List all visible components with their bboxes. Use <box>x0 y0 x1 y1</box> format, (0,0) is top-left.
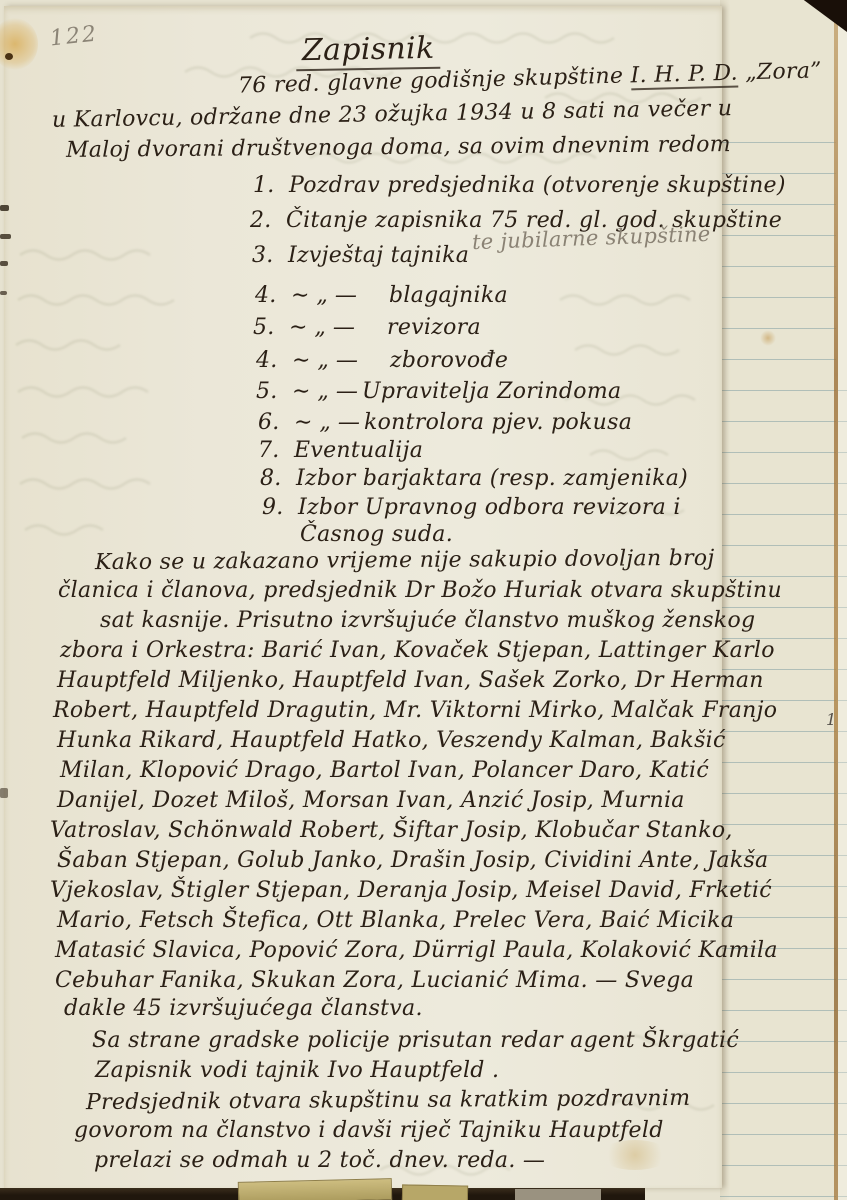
agenda-item: Časnog suda. <box>300 522 453 547</box>
agenda-number: 6. <box>258 410 294 435</box>
agenda-text: Pozdrav predsjednika (otvorenje skupštin… <box>289 173 786 198</box>
paragraph-line: govorom na članstvo i davši riječ Tajnik… <box>74 1118 664 1143</box>
agenda-text: Časnog suda. <box>300 522 453 547</box>
agenda-number: 5. <box>253 315 289 340</box>
society-abbreviation: I. H. P. D. <box>630 61 738 91</box>
paragraph-line: Cebuhar Fanika, Skukan Zora, Lucianić Mi… <box>55 968 694 993</box>
agenda-number: 4. <box>255 283 291 308</box>
agenda-number: 9. <box>262 495 298 520</box>
ditto-mark: ∼„— <box>292 379 362 404</box>
agenda-text: zborovođe <box>390 348 508 373</box>
agenda-text: Izbor Upravnog odbora revizora i <box>298 495 681 520</box>
agenda-number: 8. <box>260 466 296 491</box>
agenda-item: 8.Izbor barjaktara (resp. zamjenika) <box>260 466 688 491</box>
agenda-number: 4. <box>256 348 292 373</box>
paragraph-line: zbora i Orkestra: Barić Ivan, Kovaček St… <box>60 638 775 663</box>
paragraph-line: prelazi se odmah u 2 toč. dnev. reda. — <box>94 1148 545 1173</box>
paragraph-line: sat kasnije. Prisutno izvršujuće članstv… <box>100 608 755 633</box>
margin-mark: 1 <box>826 710 836 729</box>
faint-ink-suffix: gatić <box>682 1028 739 1053</box>
agenda-number: 2. <box>250 208 286 233</box>
outer-page-strip-lines <box>838 360 847 1200</box>
agenda-text: Upravitelja Zorindoma <box>362 379 621 404</box>
society-name: „Zora” <box>745 58 822 85</box>
agenda-number: 7. <box>258 438 294 463</box>
agenda-item: 1.Pozdrav predsjednika (otvorenje skupšt… <box>253 173 786 198</box>
agenda-text: Eventualija <box>294 438 423 463</box>
paragraph-line: Robert, Hauptfeld Dragutin, Mr. Viktorni… <box>53 698 777 723</box>
ditto-mark: ∼„— <box>291 283 389 308</box>
agenda-number: 5. <box>256 379 292 404</box>
agenda-item: 4.∼„—zborovođe <box>256 348 508 373</box>
paragraph-line: Sa strane gradske policije prisutan reda… <box>92 1028 739 1053</box>
paragraph-line: Matasić Slavica, Popović Zora, Dürrigl P… <box>55 938 778 963</box>
paragraph-line: dakle 45 izvršujućega članstva. <box>64 996 423 1021</box>
paragraph-line: Šaban Stjepan, Golub Janko, Drašin Josip… <box>57 848 768 873</box>
scanned-minutes-page: 1 1 <box>0 0 847 1200</box>
paragraph-line: Kako se u zakazano vrijeme nije sakupio … <box>95 546 715 575</box>
agenda-text: revizora <box>387 315 481 340</box>
agenda-item: 6.∼„—kontrolora pjev. pokusa <box>258 410 632 435</box>
ditto-mark: ∼„— <box>294 410 364 435</box>
agenda-text: Izbor barjaktara (resp. zamjenika) <box>296 466 688 491</box>
page-number: 122 <box>49 22 99 52</box>
tape-fragment <box>402 1184 468 1200</box>
agenda-item: 7.Eventualija <box>258 438 423 463</box>
agenda-item: 9.Izbor Upravnog odbora revizora i <box>262 495 681 520</box>
ditto-mark: ∼„— <box>289 315 387 340</box>
outer-page-strip <box>838 0 847 1200</box>
agenda-text: Izvještaj tajnika <box>288 243 469 268</box>
paragraph-line: Zapisnik vodi tajnik Ivo Hauptfeld . <box>95 1058 499 1083</box>
agenda-item: 3.Izvještaj tajnika <box>252 243 469 268</box>
paragraph-line: Vatroslav, Schönwald Robert, Šiftar Josi… <box>50 818 733 843</box>
agenda-item: 5.∼„—revizora <box>253 315 481 340</box>
page-title: Zapisnik <box>296 31 441 72</box>
agenda-item: 5.∼„—Upravitelja Zorindoma <box>256 379 621 404</box>
paragraph-line: Danijel, Dozet Miloš, Morsan Ivan, Anzić… <box>57 788 685 813</box>
agenda-number: 3. <box>252 243 288 268</box>
paragraph-line: Hunka Rikard, Hauptfeld Hatko, Veszendy … <box>57 728 726 753</box>
paragraph-line: Vjekoslav, Štigler Stjepan, Deranja Josi… <box>50 878 772 903</box>
tape-fragment <box>238 1178 392 1200</box>
ditto-mark: ∼„— <box>292 348 390 373</box>
agenda-text: blagajnika <box>389 283 508 308</box>
agenda-text: kontrolora pjev. pokusa <box>364 410 632 435</box>
agenda-item: 4.∼„—blagajnika <box>255 283 508 308</box>
paragraph-line: članica i članova, predsjednik Dr Božo H… <box>58 578 782 603</box>
paragraph-line: Milan, Klopović Drago, Bartol Ivan, Pola… <box>60 758 709 783</box>
tape-fragment <box>515 1189 601 1200</box>
paragraph-line-text: Sa strane gradske policije prisutan reda… <box>92 1028 682 1053</box>
agenda-number: 1. <box>253 173 289 198</box>
paragraph-line: Mario, Fetsch Štefica, Ott Blanka, Prele… <box>57 908 734 933</box>
paragraph-line: Hauptfeld Miljenko, Hauptfeld Ivan, Saše… <box>57 668 764 693</box>
paragraph-line: Predsjednik otvara skupštinu sa kratkim … <box>86 1086 691 1115</box>
